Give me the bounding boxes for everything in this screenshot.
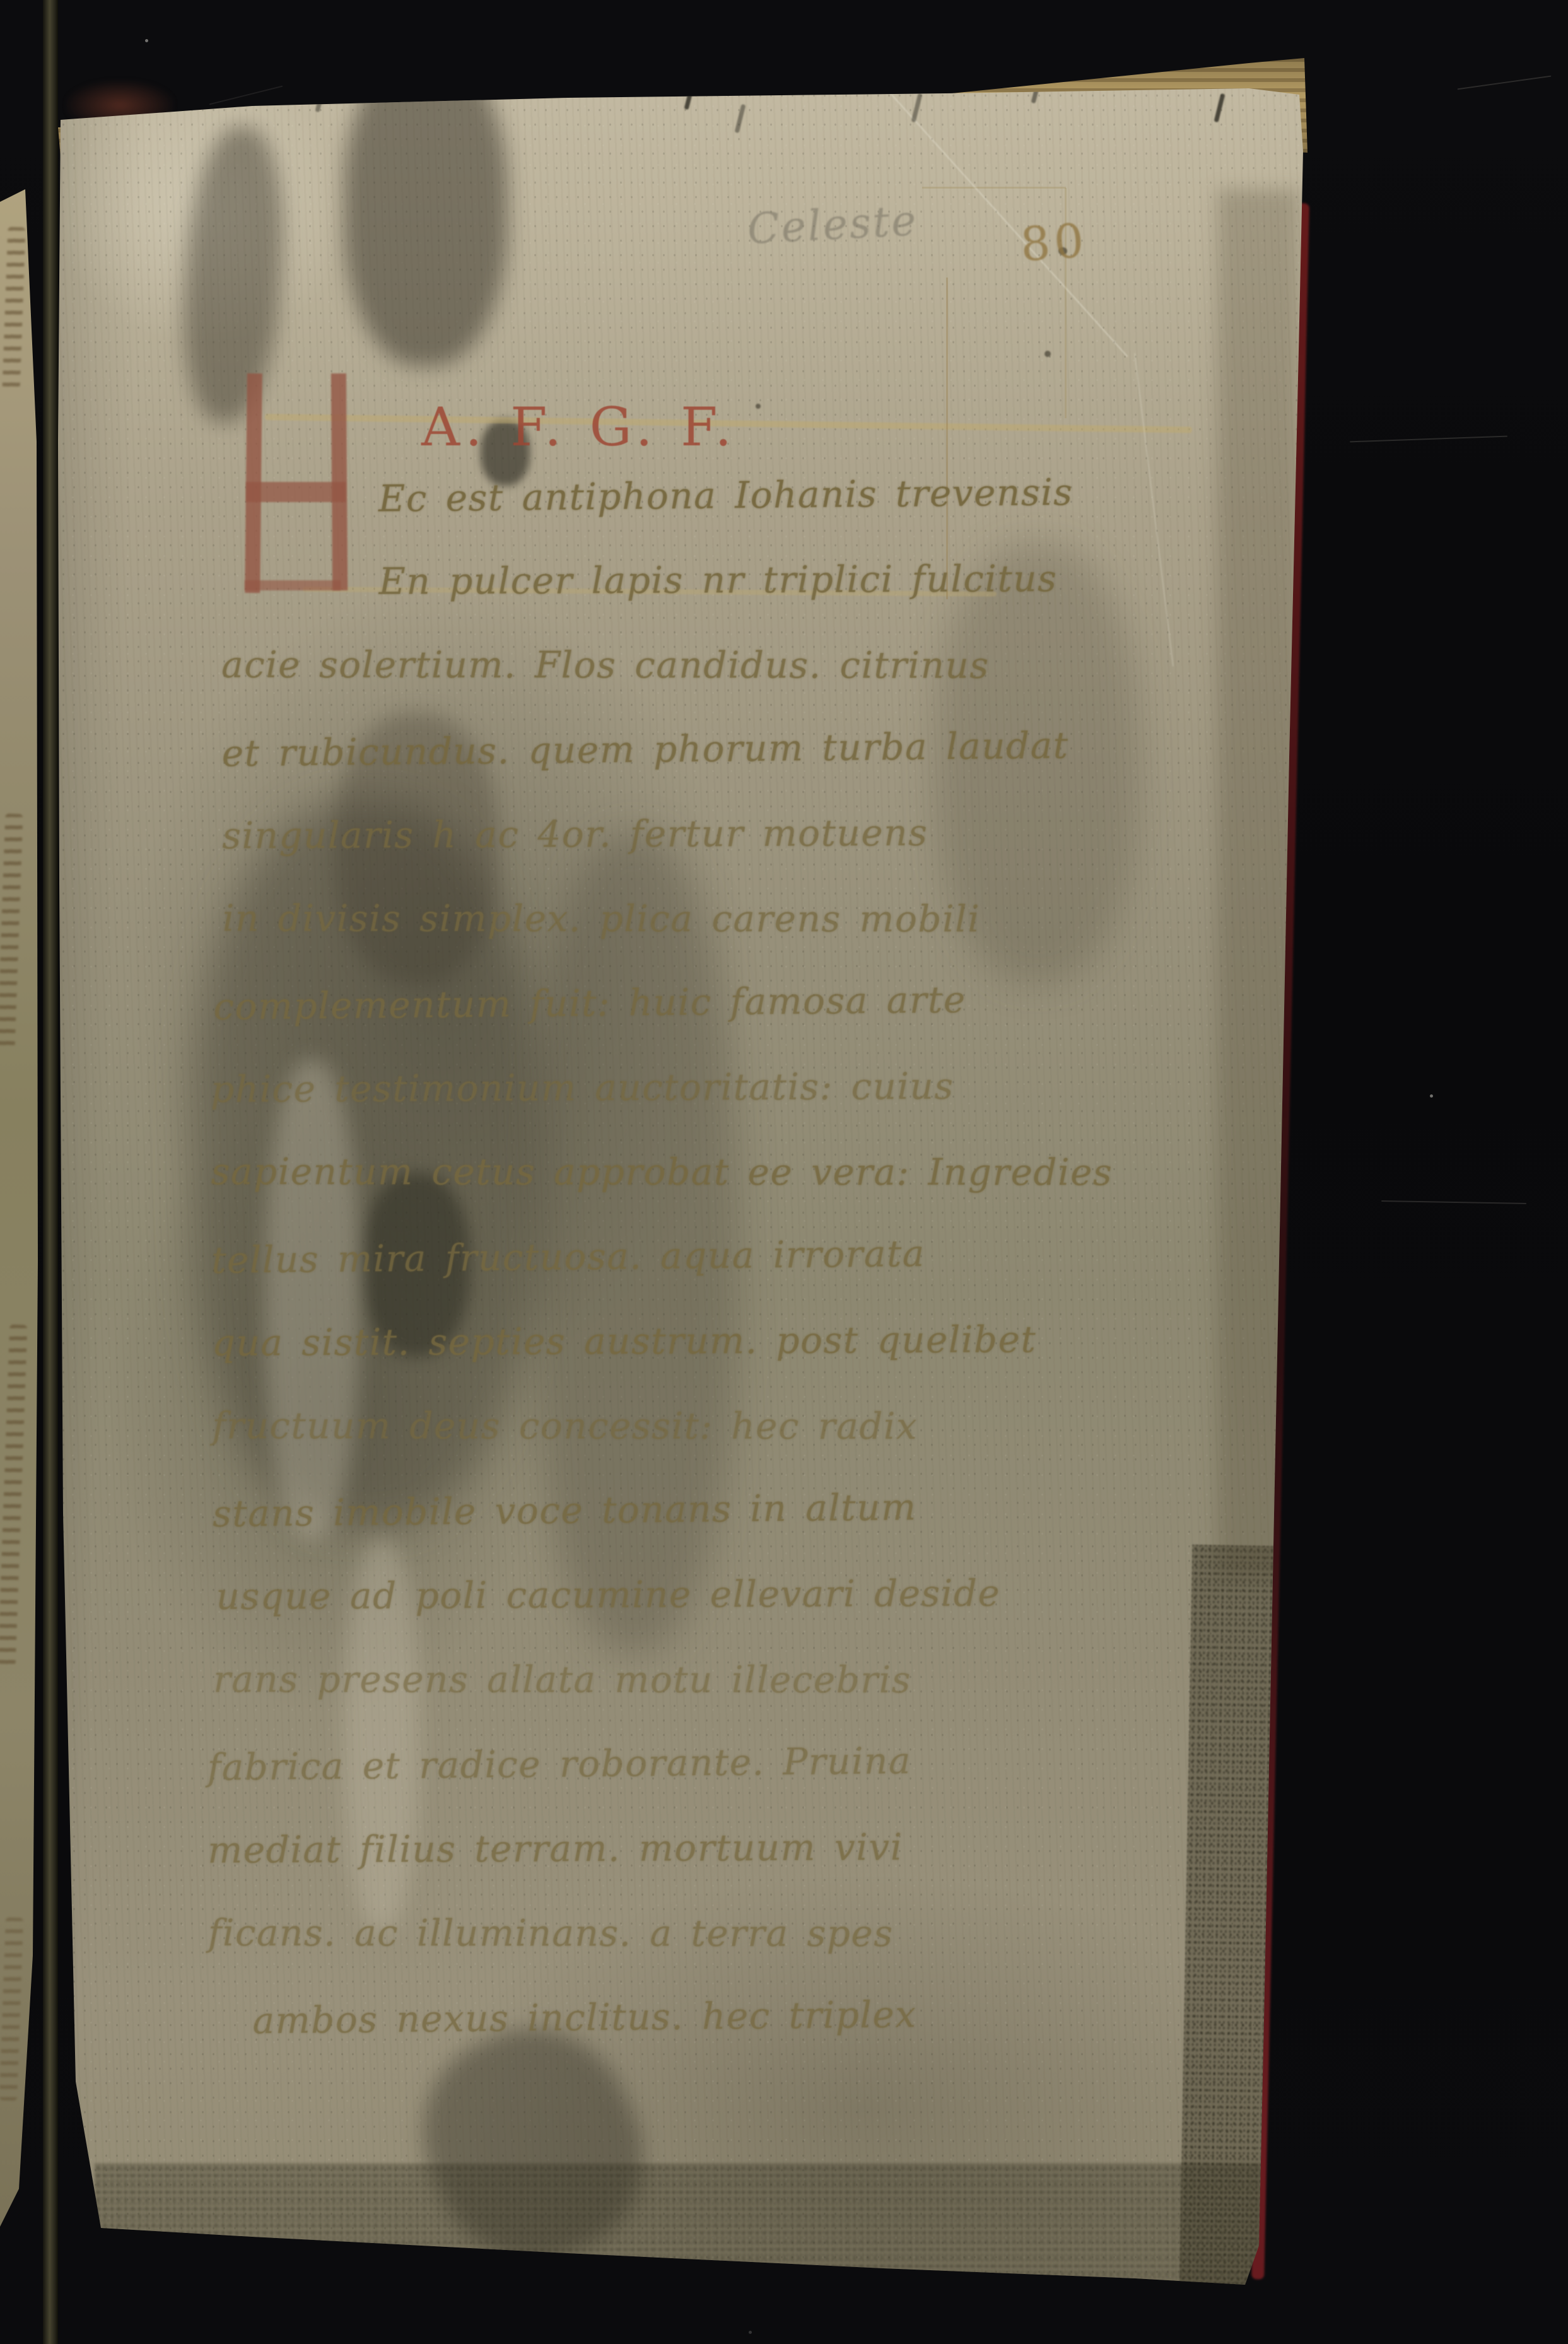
dust-speck [145,39,148,42]
text-line: acie solertium. Flos candidus. citrinus [221,643,990,687]
dust-speck [749,2331,752,2334]
text-line: Ec est antiphona Iohanis trevensis [378,471,1074,520]
worm-hole [756,404,761,409]
inscription-celeste: Celeste [746,196,919,254]
text-line: stans imobile voce tonans in altum [213,1486,917,1535]
dust-speck [1430,1094,1433,1098]
ruling-vertical [946,278,948,599]
folio-number: 80 [1019,213,1089,272]
text-line: sapientum cetus approbat ee vera: Ingred… [211,1150,1113,1193]
light-patch [265,1060,360,1539]
text-line: complementum fuit: huic famosa arte [213,978,966,1028]
rubric-heading: A. F. G. F. [421,396,737,458]
initial-letter-H [245,373,349,593]
text-line: mediat filius terram. mortuum vivi [208,1825,903,1872]
worm-hole [1044,351,1051,357]
initial-h-foot-serif [245,580,341,590]
text-line: En pulcer lapis nr triplici fulcitus [378,557,1057,603]
initial-h-crossbar [246,482,346,502]
text-line: qua sistit. septies austrum. post quelib… [212,1318,1037,1364]
text-line: fructuum deus concessit: hec radix [212,1404,918,1448]
ruling-box-horizontal [922,187,1066,189]
text-line: ficans. ac illuminans. a terra spes [208,1911,894,1955]
text-line: et rubicundus. quem phorum turba laudat [221,724,1068,775]
text-line: usque ad poli cacumine ellevari deside [216,1571,1000,1617]
book-cradle-bar [43,0,58,2344]
text-line: phice testimonium auctoritatis: cuius [211,1065,954,1111]
text-line: rans presens allata motu illecebris [213,1658,911,1701]
text-line: tellus mira fructuosa. aqua irrorata [211,1232,925,1282]
text-line: singularis h ac 4or. fertur motuens [222,811,928,857]
text-line: fabrica et radice roborante. Pruina [207,1739,911,1789]
text-line: ambos nexus inclitus. hec triplex [252,1993,917,2042]
text-line: in divisis simplex. plica carens mobili [223,897,980,941]
